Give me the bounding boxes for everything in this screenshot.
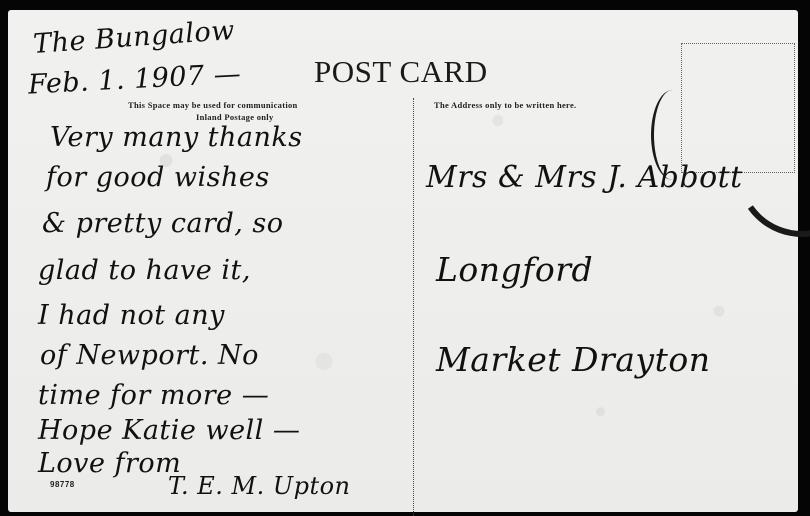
postcard-title: POST CARD: [314, 54, 488, 90]
center-divider: [413, 98, 414, 516]
message-signature: T. E. M. Upton: [168, 472, 351, 500]
inland-postage-note: Inland Postage only: [196, 112, 274, 122]
message-line: Very many thanks: [50, 122, 303, 153]
message-line: Hope Katie well —: [38, 415, 300, 446]
message-line: time for more —: [38, 380, 269, 411]
address-recipient: Mrs & Mrs J. Abbott: [426, 160, 743, 195]
postcard: POST CARD This Space may be used for com…: [8, 10, 798, 512]
address-town: Market Drayton: [436, 340, 710, 379]
message-line: Love from: [38, 448, 181, 479]
message-line: for good wishes: [46, 162, 270, 193]
message-line: I had not any: [38, 300, 225, 331]
address-heading: The Address only to be written here.: [434, 100, 576, 110]
serial-number: 98778: [50, 480, 75, 489]
message-line: of Newport. No: [40, 340, 259, 371]
message-line: The Bungalow: [32, 15, 236, 60]
address-line: Longford: [436, 250, 593, 289]
communication-heading: This Space may be used for communication: [128, 100, 298, 110]
message-date: Feb. 1. 1907 —: [27, 58, 242, 100]
message-line: glad to have it,: [38, 255, 251, 286]
message-line: & pretty card, so: [42, 208, 284, 239]
